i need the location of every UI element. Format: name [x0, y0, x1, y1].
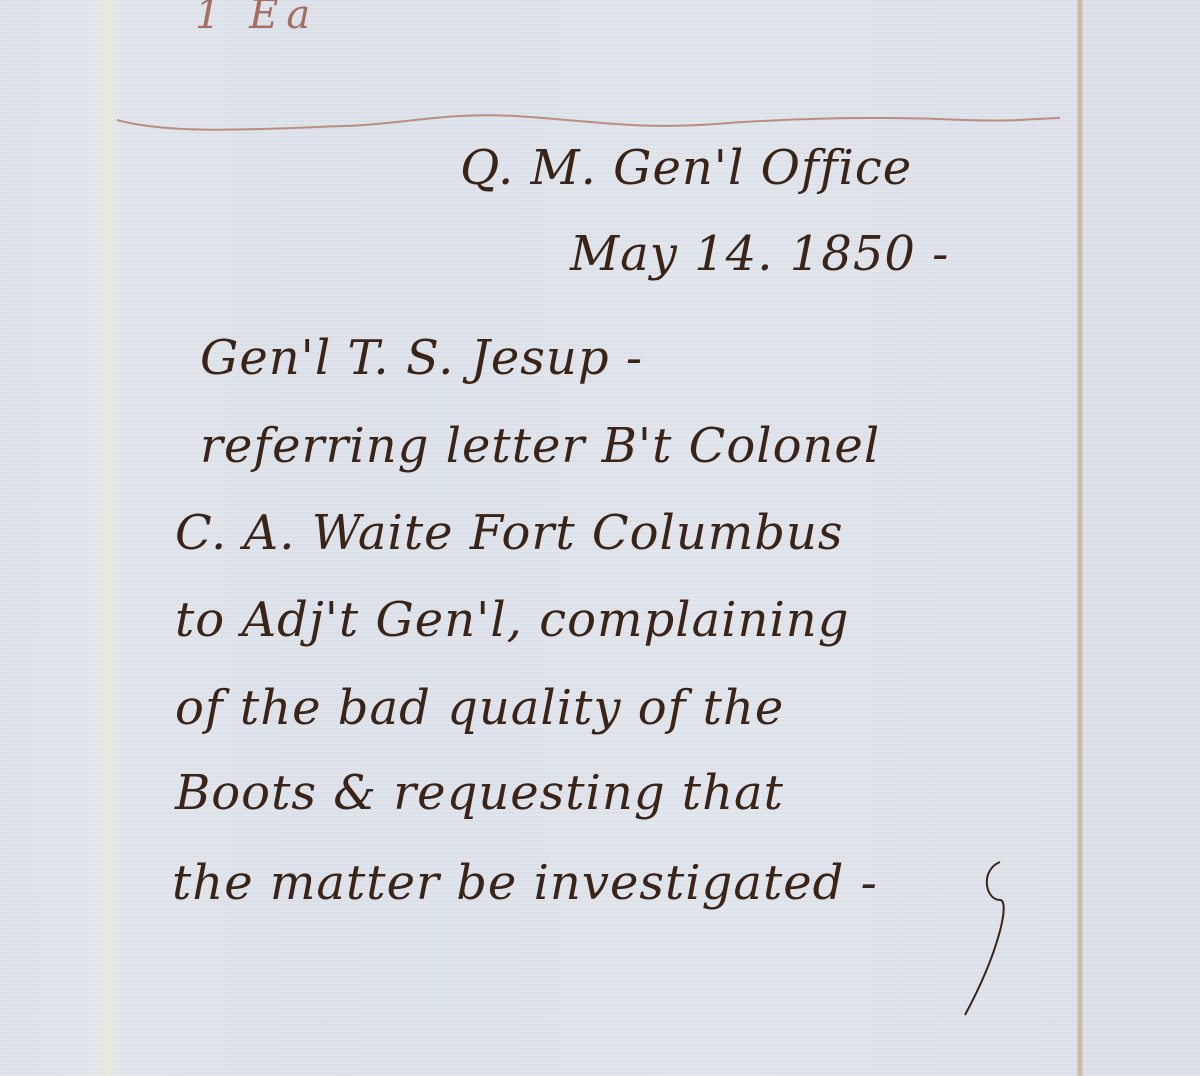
body-line: to Adj't Gen'l, complaining [175, 592, 849, 648]
body-line: of the bad quality of the [175, 680, 784, 736]
body-line: Boots & requesting that [175, 765, 784, 821]
top-margin-note: 1 Ea [195, 0, 318, 38]
body-line: the matter be investigated - [172, 855, 878, 911]
red-ruled-line [115, 108, 1060, 138]
body-line: Gen'l T. S. Jesup - [200, 330, 643, 386]
body-line: referring letter B't Colonel [200, 418, 880, 474]
paper-fold-left [98, 0, 116, 1076]
date-heading: May 14. 1850 - [570, 226, 949, 282]
paper-fold-right [1076, 0, 1084, 1076]
office-heading: Q. M. Gen'l Office [460, 140, 912, 196]
closing-flourish [960, 860, 1020, 1020]
body-line: C. A. Waite Fort Columbus [175, 505, 844, 561]
